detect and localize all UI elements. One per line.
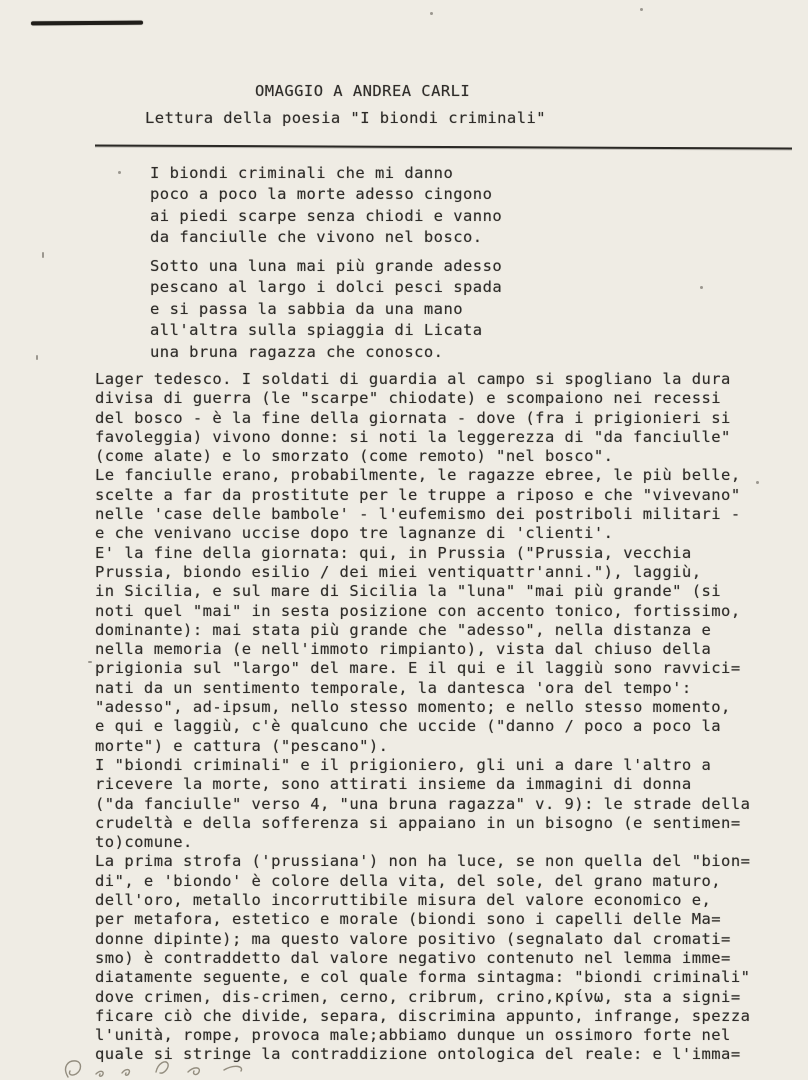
horizontal-rule	[95, 144, 792, 149]
poem-line: all'altra sulla spiaggia di Licata	[150, 320, 502, 341]
scan-smear-mark	[31, 21, 143, 26]
poem-line: Sotto una luna mai più grande adesso	[150, 256, 502, 277]
scan-speckle	[700, 286, 703, 289]
poem-line: da fanciulle che vivono nel bosco.	[150, 227, 502, 248]
commentary-line: to)comune.	[95, 833, 750, 852]
commentary-line: smo) è contraddetto dal valore negativo …	[95, 949, 750, 968]
poem-stanza-1: I biondi criminali che mi dannopoco a po…	[150, 163, 502, 249]
commentary-line: nati da un sentimento temporale, la dant…	[95, 679, 750, 698]
scan-speckle	[118, 171, 121, 174]
commentary-line: dove crimen, dis-crimen, cerno, cribrum,…	[95, 988, 750, 1007]
scan-speckle	[42, 252, 44, 258]
commentary-line: E' la fine della giornata: qui, in Pruss…	[95, 544, 750, 563]
commentary-line: "adesso", ad-ipsum, nello stesso momento…	[95, 698, 750, 717]
commentary-line: Le fanciulle erano, probabilmente, le ra…	[95, 466, 750, 485]
commentary-line: nella memoria (e nell'immoto rimpianto),…	[95, 640, 750, 659]
commentary-line: l'unità, rompe, provoca male;abbiamo dun…	[95, 1026, 750, 1045]
commentary-line: ficare ciò che divide, separa, discrimin…	[95, 1007, 750, 1026]
commentary-line: in Sicilia, e sul mare di Sicilia la "lu…	[95, 582, 750, 601]
commentary-line: I "biondi criminali" e il prigioniero, g…	[95, 756, 750, 775]
commentary-line: Prussia, biondo esilio / dei miei ventiq…	[95, 563, 750, 582]
document-subtitle: Lettura della poesia "I biondi criminali…	[145, 108, 546, 128]
commentary-line: La prima strofa ('prussiana') non ha luc…	[95, 852, 750, 871]
scan-speckle	[88, 661, 92, 663]
scan-speckle	[756, 481, 759, 484]
commentary-line: dell'oro, metallo incorruttibile misura …	[95, 891, 750, 910]
scanned-typewritten-page: OMAGGIO A ANDREA CARLI Lettura della poe…	[0, 0, 808, 1080]
scan-speckle	[430, 12, 433, 15]
scan-speckle	[640, 8, 643, 11]
commentary-text: Lager tedesco. I soldati di guardia al c…	[95, 370, 750, 1065]
commentary-line: morte") e cattura ("pescano").	[95, 737, 750, 756]
poem-line: e si passa la sabbia da una mano	[150, 299, 502, 320]
commentary-line: ("da fanciulle" verso 4, "una bruna raga…	[95, 795, 750, 814]
document-title: OMAGGIO A ANDREA CARLI	[255, 81, 470, 101]
handwritten-signature	[38, 1057, 298, 1080]
poem-stanza-2: Sotto una luna mai più grande adessopesc…	[150, 256, 502, 363]
commentary-line: Lager tedesco. I soldati di guardia al c…	[95, 370, 750, 389]
commentary-line: diatamente seguente, e col quale forma s…	[95, 968, 750, 987]
scan-speckle	[36, 355, 38, 360]
commentary-line: del bosco - è la fine della giornata - d…	[95, 409, 750, 428]
commentary-line: donne dipinte); ma questo valore positiv…	[95, 930, 750, 949]
commentary-line: ricevere la morte, sono attirati insieme…	[95, 775, 750, 794]
commentary-line: per metafora, estetico e morale (biondi …	[95, 910, 750, 929]
commentary-line: (come alate) e lo smorzato (come remoto)…	[95, 447, 750, 466]
commentary-line: dominante): mai stata più grande che "ad…	[95, 621, 750, 640]
commentary-line: e che venivano uccise dopo tre lagnanze …	[95, 524, 750, 543]
poem-line: I biondi criminali che mi danno	[150, 163, 502, 184]
commentary-line: crudeltà e della sofferenza si appaiano …	[95, 814, 750, 833]
poem-line: pescano al largo i dolci pesci spada	[150, 277, 502, 298]
commentary-line: e qui e laggiù, c'è qualcuno che uccide …	[95, 717, 750, 736]
poem-line: una bruna ragazza che conosco.	[150, 342, 502, 363]
commentary-line: nelle 'case delle bambole' - l'eufemismo…	[95, 505, 750, 524]
poem-line: ai piedi scarpe senza chiodi e vanno	[150, 206, 502, 227]
commentary-line: di", e 'biondo' è colore della vita, del…	[95, 872, 750, 891]
commentary-line: prigionia sul "largo" del mare. E il qui…	[95, 659, 750, 678]
commentary-line: scelte a far da prostitute per le truppe…	[95, 486, 750, 505]
poem-line: poco a poco la morte adesso cingono	[150, 184, 502, 205]
commentary-line: favoleggia) vivono donne: si noti la leg…	[95, 428, 750, 447]
commentary-line: noti quel "mai" in sesta posizione con a…	[95, 602, 750, 621]
commentary-line: divisa di guerra (le "scarpe" chiodate) …	[95, 389, 750, 408]
